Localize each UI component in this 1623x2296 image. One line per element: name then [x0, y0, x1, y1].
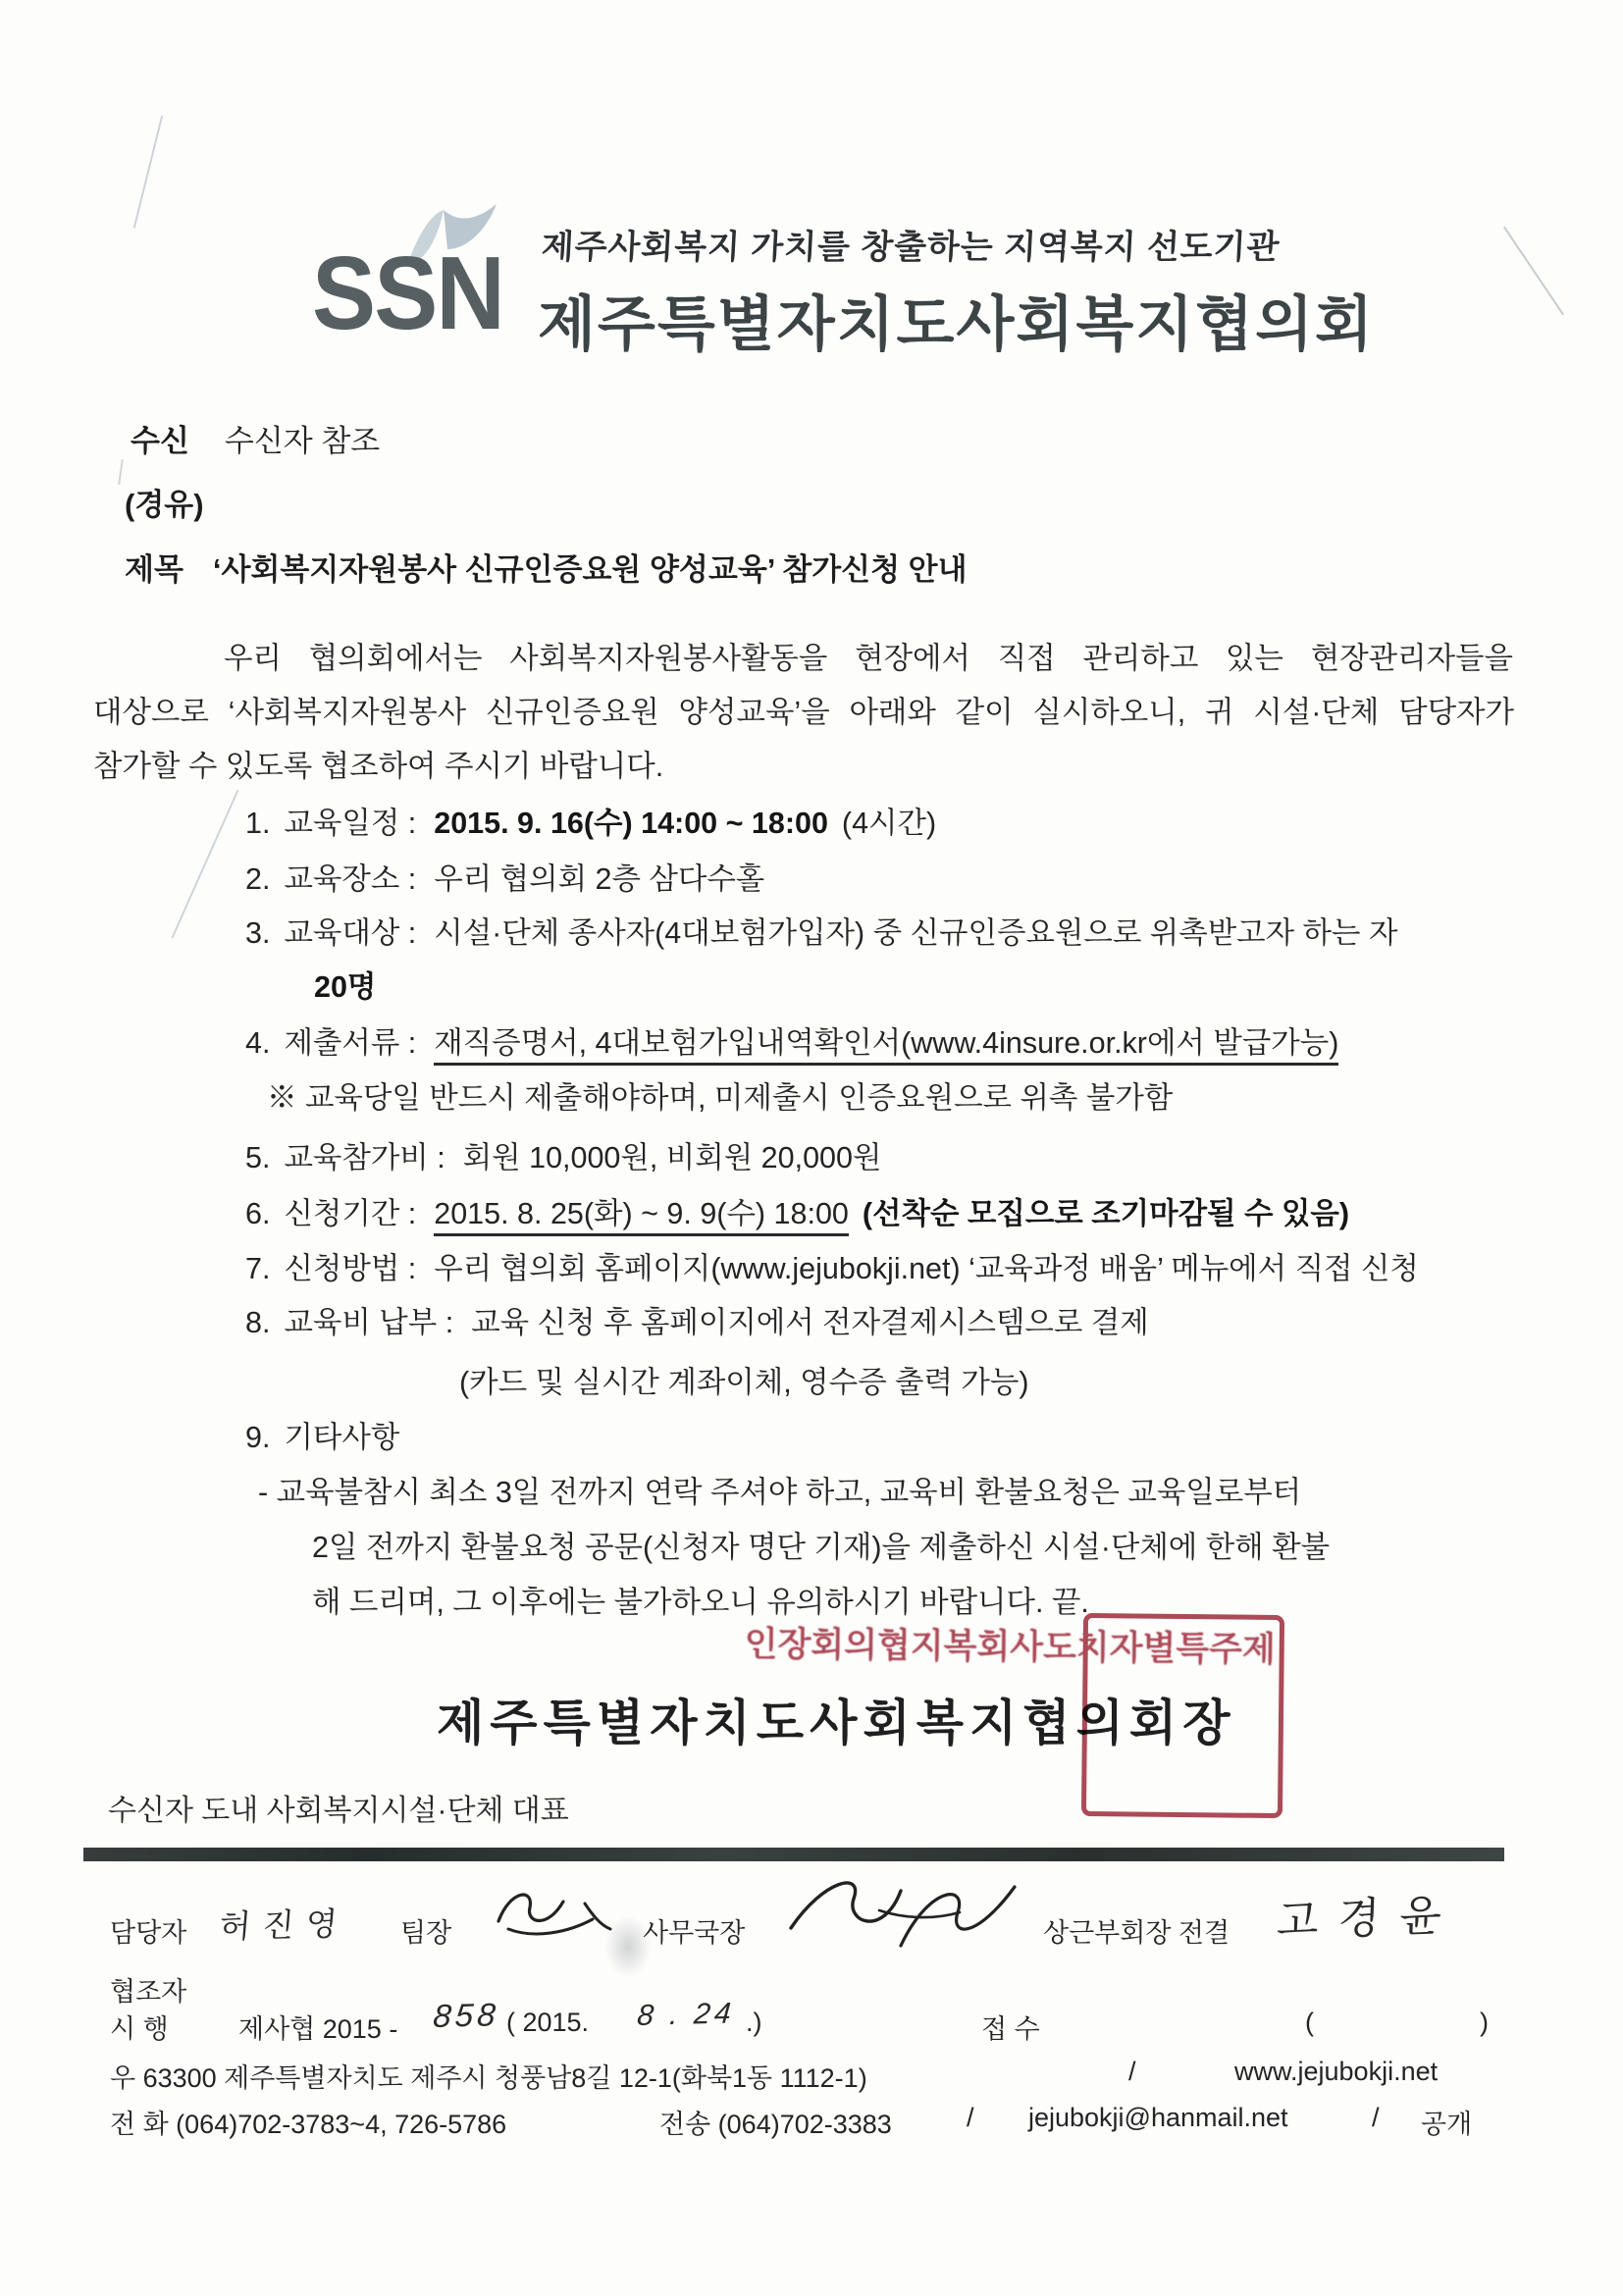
- seal-char: 회: [975, 1625, 1011, 1806]
- scan-scratch: [172, 790, 239, 939]
- item-label: 교육장소 :: [284, 862, 416, 896]
- item-value-underlined: 재직증명서, 4대보험가입내역확인서(www.4insure.or.kr에서 발…: [434, 1026, 1338, 1066]
- item-no: 2.: [245, 862, 270, 896]
- item-value: 우리 협의회 홈페이지(www.jejubokji.net) ‘교육과정 배움’…: [434, 1252, 1419, 1285]
- seal-char: 사: [1009, 1625, 1044, 1806]
- item-label: 신청방법 :: [284, 1252, 416, 1285]
- seal-char: 별: [1141, 1627, 1177, 1808]
- seal-char: 도: [1041, 1626, 1076, 1807]
- seal-char: 복: [942, 1624, 977, 1805]
- issue-date-close: .): [746, 2008, 762, 2038]
- org-slogan: 제주사회복지 가치를 창출하는 지역복지 선도기관: [541, 220, 1282, 268]
- address-slash: /: [1128, 2057, 1136, 2087]
- subject-value: ‘사회복지자원봉사 신규인증요원 양성교육’ 참가신청 안내: [213, 552, 968, 587]
- item-documents-note: ※ 교육당일 반드시 제출해야하며, 미제출시 인증요원으로 위촉 불가함: [267, 1073, 1173, 1117]
- recipient-label: 수신: [131, 424, 189, 458]
- recipient-value: 수신자 참조: [225, 424, 380, 458]
- scanned-official-letter: SSN 제주사회복지 가치를 창출하는 지역복지 선도기관 제주특별자치도사회복…: [0, 0, 1623, 2296]
- item-venue: 2.교육장소 :우리 협의회 2층 삼다수홀: [245, 855, 764, 898]
- receipt-paren-open: (: [1305, 2008, 1314, 2038]
- item-etc-line-2: 2일 전까지 환불요청 공문(신청자 명단 기재)을 제출하신 시설·단체에 한…: [312, 1523, 1330, 1566]
- fax: 전송 (064)702-3383: [659, 2103, 892, 2141]
- secretary-signature: [785, 1869, 1021, 1959]
- secretary-label: 사무국장: [643, 1911, 745, 1950]
- intro-line-2: 대상으로 ‘사회복지자원봉사 신규인증요원 양성교육’을 아래와 같이 실시하오…: [93, 688, 1514, 731]
- intro-line-3: 참가할 수 있도록 협조하여 주시기 바랍니다.: [93, 742, 663, 785]
- website: www.jejubokji.net: [1234, 2057, 1438, 2087]
- cooperator-label: 협조자: [110, 1970, 186, 2009]
- item-label: 기타사항: [284, 1421, 399, 1454]
- item-label: 신청기간 :: [284, 1197, 416, 1230]
- item-payment-note: (카드 및 실시간 계좌이체, 영수증 출력 가능): [459, 1358, 1029, 1401]
- item-value-underlined: 2015. 8. 25(화) ~ 9. 9(수) 18:00: [434, 1197, 849, 1236]
- seal-char: 자: [1108, 1626, 1143, 1807]
- subject-row: 제목‘사회복지자원봉사 신규인증요원 양성교육’ 참가신청 안내: [125, 545, 968, 589]
- item-label: 교육일정 :: [284, 807, 416, 840]
- item-no: 1.: [245, 807, 270, 840]
- item-value: 시설·단체 종사자(4대보험가입자) 중 신규인증요원으로 위촉받고자 하는 자: [434, 916, 1397, 950]
- seal-char: 의: [842, 1623, 877, 1804]
- org-logo: SSN: [312, 241, 503, 345]
- seal-char: 인: [743, 1622, 778, 1803]
- seal-char: 회: [810, 1623, 845, 1804]
- footer-divider: [83, 1848, 1504, 1861]
- address: 우 63300 제주특별자치도 제주시 청풍남8길 12-1(화북1동 1112…: [110, 2057, 867, 2095]
- issue-date-handwritten: 8 . 24: [636, 1997, 736, 2033]
- item-payment: 8.교육비 납부 :교육 신청 후 홈페이지에서 전자결제시스템으로 결제: [245, 1298, 1149, 1341]
- item-value: 회원 10,000원, 비회원 20,000원: [463, 1141, 882, 1174]
- item-schedule: 1.교육일정 :2015. 9. 16(수) 14:00 ~ 18:00(4시간…: [245, 799, 936, 842]
- phone: 전 화 (064)702-3783~4, 726-5786: [110, 2103, 506, 2141]
- issue-date-open: ( 2015.: [506, 2008, 589, 2038]
- seal-char: 제: [1240, 1628, 1276, 1809]
- item-label: 교육참가비 :: [284, 1141, 445, 1174]
- official-seal-stamp: 제 주 특 별 자 치 도 사 회 복 지 협 의 회 장 인: [1081, 1613, 1284, 1818]
- item-label: 교육비 납부 :: [284, 1306, 453, 1339]
- scan-scratch: [1503, 227, 1564, 316]
- phone-slash-1: /: [967, 2103, 974, 2133]
- org-name: 제주특별자치도사회복지협의회: [538, 277, 1375, 362]
- item-no: 3.: [245, 916, 270, 950]
- item-value: 교육 신청 후 홈페이지에서 전자결제시스템으로 결제: [471, 1306, 1149, 1339]
- vice-chair-name-handwritten: 고경윤: [1276, 1879, 1462, 1949]
- recipient-footer: 수신자 도내 사회복지시설·단체 대표: [108, 1786, 569, 1829]
- seal-char: 치: [1074, 1626, 1110, 1807]
- seal-char: 지: [909, 1624, 944, 1805]
- item-label: 교육대상 :: [284, 916, 416, 950]
- seal-char: 장: [776, 1623, 811, 1804]
- item-value: 우리 협의회 2층 삼다수홀: [434, 862, 764, 896]
- item-apply-period: 6.신청기간 :2015. 8. 25(화) ~ 9. 9(수) 18:00(선…: [245, 1189, 1349, 1232]
- receipt-label: 접 수: [981, 2008, 1040, 2046]
- item-tail: (선착순 모집으로 조기마감될 수 있음): [863, 1197, 1349, 1230]
- item-value: 2015. 9. 16(수) 14:00 ~ 18:00: [434, 807, 828, 840]
- recipient-row: 수신수신자 참조: [131, 416, 380, 460]
- item-no: 8.: [245, 1306, 270, 1339]
- via-label: (경유): [125, 480, 204, 524]
- subject-label: 제목: [125, 552, 183, 587]
- seal-char: 주: [1207, 1627, 1242, 1808]
- item-fee: 5.교육참가비 :회원 10,000원, 비회원 20,000원: [245, 1133, 881, 1176]
- intro-line-1: 우리 협의회에서는 사회복지자원봉사활동을 현장에서 직접 관리하고 있는 현장…: [224, 634, 1513, 677]
- item-tail: (4시간): [842, 807, 936, 840]
- issue-label: 시 행: [110, 2008, 169, 2046]
- seal-char: 특: [1175, 1627, 1210, 1808]
- scan-scratch: [118, 459, 124, 485]
- item-apply-method: 7.신청방법 :우리 협의회 홈페이지(www.jejubokji.net) ‘…: [245, 1244, 1419, 1287]
- item-no: 5.: [245, 1141, 270, 1174]
- phone-slash-2: /: [1372, 2103, 1380, 2133]
- vice-chair-label: 상근부회장 전결: [1043, 1911, 1230, 1950]
- scan-scratch: [133, 116, 163, 229]
- issue-number: 제사협 2015 -: [238, 2008, 397, 2046]
- seal-char: 협: [875, 1624, 911, 1805]
- item-no: 7.: [245, 1252, 270, 1285]
- team-lead-signature: [491, 1882, 618, 1939]
- item-no: 6.: [245, 1197, 270, 1230]
- item-no: 9.: [245, 1421, 270, 1454]
- team-lead-label: 팀장: [400, 1911, 451, 1950]
- item-label: 제출서류 :: [284, 1026, 416, 1060]
- item-documents: 4.제출서류 :재직증명서, 4대보험가입내역확인서(www.4insure.o…: [245, 1018, 1338, 1062]
- item-target: 3.교육대상 :시설·단체 종사자(4대보험가입자) 중 신규인증요원으로 위촉…: [245, 909, 1397, 952]
- item-etc-line-3: 해 드리며, 그 이후에는 불가하오니 유의하시기 바랍니다. 끝.: [312, 1578, 1089, 1621]
- email: jejubokji@hanmail.net: [1028, 2103, 1288, 2133]
- item-etc-line-1: - 교육불참시 최소 3일 전까지 연락 주셔야 하고, 교육비 환불요청은 교…: [258, 1468, 1301, 1511]
- receipt-paren-close: ): [1480, 2008, 1489, 2038]
- manager-label: 담당자: [110, 1911, 186, 1950]
- item-target-count: 20명: [314, 963, 376, 1006]
- issue-number-handwritten: 858: [432, 1996, 500, 2035]
- disclosure-label: 공개: [1421, 2103, 1472, 2141]
- manager-name-handwritten: 허진영: [218, 1899, 351, 1948]
- item-etc: 9.기타사항: [245, 1413, 417, 1456]
- item-no: 4.: [245, 1026, 270, 1060]
